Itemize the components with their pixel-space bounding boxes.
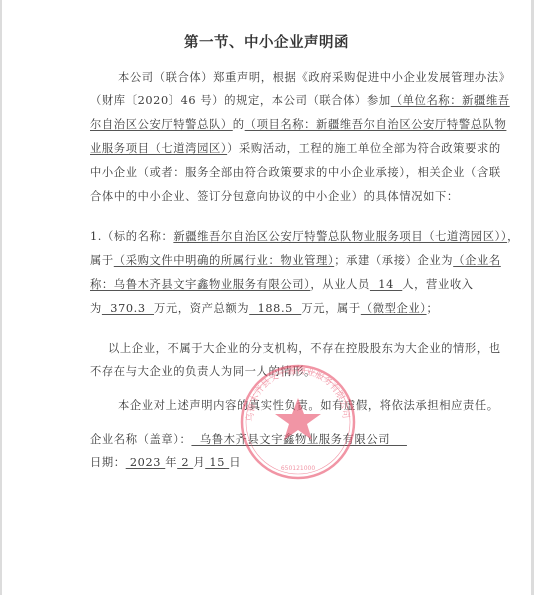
subject-name-field: 新疆维吾尔自治区公安厅特警总队物业服务项目（七道湾园区））	[173, 230, 507, 243]
text: 为	[90, 302, 102, 315]
text: ；	[427, 302, 439, 315]
project-name-field: 业服务项目（七道湾园区）	[90, 142, 227, 155]
text: 人，营业收入	[402, 278, 473, 291]
intro-line-1: 本公司（联合体）郑重声明，根据《政府采购促进中小企业发展管理办法》	[118, 70, 511, 86]
text: 月	[193, 456, 205, 469]
company-label: 企业名称（盖章）：	[90, 433, 191, 446]
svg-text:650121000: 650121000	[281, 465, 316, 472]
document-page: 第一节、中小企业声明函 本公司（联合体）郑重声明，根据《政府采购促进中小企业发展…	[2, 0, 531, 595]
text: 1.（标的名称：	[90, 230, 173, 243]
company-name-field: 乌鲁木齐县文宇鑫物业服务有限公司	[191, 433, 407, 446]
page-title: 第一节、中小企业声明函	[2, 31, 531, 52]
text: 年	[165, 456, 177, 469]
employees-field: 14	[370, 278, 402, 291]
text: ）采购活动，工程的施工单位全部为符合政策要求的	[227, 142, 501, 155]
date-label: 日期：	[90, 456, 126, 469]
intro-line-4: 业服务项目（七道湾园区））采购活动，工程的施工单位全部为符合政策要求的	[90, 141, 501, 157]
item1-line-1: 1.（标的名称：新疆维吾尔自治区公安厅特警总队物业服务项目（七道湾园区）），	[90, 229, 519, 245]
project-name-field: （项目名称：新疆维吾尔自治区公安厅特警总队物	[245, 118, 507, 131]
enterprise-name-field: （企业名	[453, 254, 501, 267]
enterprise-name-field: 称：乌鲁木齐县文宇鑫物业服务有限公司）	[90, 278, 310, 291]
month-field: 2	[177, 456, 193, 469]
intro-line-5: 中小企业（或者：服务全部由符合政策要求的中小企业承接），相关企业（含联	[90, 165, 501, 181]
text: 属于	[90, 254, 114, 267]
enterprise-type-field: （微型企业）	[361, 302, 427, 315]
intro-line-3: 尔自治区公安厅特警总队）的（项目名称：新疆维吾尔自治区公安厅特警总队物	[90, 117, 506, 133]
text: 万元，属于	[301, 302, 361, 315]
assets-field: 188.5	[249, 302, 301, 315]
company-seal-icon: 乌鲁木齐县文宇鑫物业服务有限公司 650121000	[238, 362, 358, 482]
date-line: 日期： 2023 年 2 月 15 日	[90, 455, 241, 471]
text: ；承建（承接）企业为	[334, 254, 453, 267]
item1-line-4: 为 370.3 万元，资产总额为 188.5 万元，属于（微型企业）；	[90, 301, 438, 317]
revenue-field: 370.3	[102, 302, 154, 315]
text: 的	[233, 118, 245, 131]
unit-name-field: 尔自治区公安厅特警总队）	[90, 118, 233, 131]
day-field: 15	[205, 456, 229, 469]
statement-line-2: 不存在与大企业的负责人为同一人的情形。	[90, 364, 316, 380]
industry-field: （采购文件中明确的所属行业：物业管理）	[114, 254, 334, 267]
statement-line-1: 以上企业，不属于大企业的分支机构，不存在控股股东为大企业的情形，也	[108, 341, 501, 357]
text: 万元，资产总额为	[154, 302, 249, 315]
unit-name-field: （单位名称：新疆维吾	[391, 94, 510, 107]
text: ，从业人员	[310, 278, 370, 291]
text: 日	[229, 456, 241, 469]
intro-line-2: （财库〔2020〕46 号）的规定，本公司（联合体）参加（单位名称：新疆维吾	[90, 93, 510, 109]
text: ，	[507, 230, 519, 243]
item1-line-2: 属于（采购文件中明确的所属行业：物业管理）；承建（承接）企业为（企业名	[90, 253, 501, 269]
text: （财库〔2020〕46 号）的规定，本公司（联合体）参加	[90, 94, 391, 107]
signature-line: 企业名称（盖章）： 乌鲁木齐县文宇鑫物业服务有限公司	[90, 432, 407, 448]
intro-line-6: 合体中的中小企业、签订分包意向协议的中小企业）的具体情况如下：	[90, 189, 459, 205]
responsibility-text: 本企业对上述声明内容的真实性负责。如有虚假，将依法承担相应责任。	[118, 398, 499, 414]
item1-line-3: 称：乌鲁木齐县文宇鑫物业服务有限公司），从业人员 14 人，营业收入	[90, 277, 474, 293]
year-field: 2023	[126, 456, 166, 469]
